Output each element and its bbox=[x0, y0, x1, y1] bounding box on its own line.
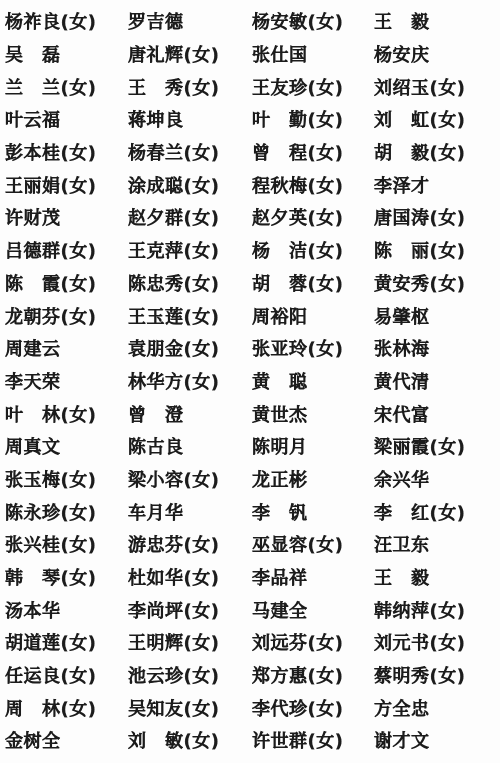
name-cell: 叶 林(女) bbox=[5, 397, 128, 430]
name-cell: 王 秀(女) bbox=[128, 70, 252, 103]
name-cell: 袁朋金(女) bbox=[128, 332, 252, 365]
name-cell: 蒋坤良 bbox=[128, 103, 252, 136]
name-cell: 谢才文 bbox=[374, 724, 499, 757]
name-cell: 韩纳萍(女) bbox=[374, 593, 499, 626]
name-cell: 叶云福 bbox=[5, 103, 128, 136]
name-cell: 罗吉德 bbox=[128, 5, 252, 38]
name-cell: 曾 程(女) bbox=[252, 136, 374, 169]
name-cell: 蔡明秀(女) bbox=[374, 659, 499, 692]
name-roster: 杨祚良(女)罗吉德杨安敏(女)王 毅吴 磊唐礼辉(女)张仕国杨安庆兰 兰(女)王… bbox=[0, 0, 500, 757]
name-cell: 刘 敏(女) bbox=[128, 724, 252, 757]
name-cell: 王 毅 bbox=[374, 5, 499, 38]
name-cell: 汤本华 bbox=[5, 593, 128, 626]
name-cell: 黄代清 bbox=[374, 365, 499, 398]
name-cell: 游忠芬(女) bbox=[128, 528, 252, 561]
name-cell: 杨 洁(女) bbox=[252, 234, 374, 267]
name-cell: 彭本桂(女) bbox=[5, 136, 128, 169]
name-cell: 吕德群(女) bbox=[5, 234, 128, 267]
name-cell: 陈古良 bbox=[128, 430, 252, 463]
name-cell: 任运良(女) bbox=[5, 659, 128, 692]
name-cell: 车月华 bbox=[128, 495, 252, 528]
name-cell: 李 红(女) bbox=[374, 495, 499, 528]
name-cell: 张兴桂(女) bbox=[5, 528, 128, 561]
name-cell: 巫显容(女) bbox=[252, 528, 374, 561]
name-cell: 汪卫东 bbox=[374, 528, 499, 561]
name-cell: 叶 勤(女) bbox=[252, 103, 374, 136]
name-cell: 杜如华(女) bbox=[128, 561, 252, 594]
name-cell: 王友珍(女) bbox=[252, 70, 374, 103]
name-cell: 张林海 bbox=[374, 332, 499, 365]
name-cell: 曾 澄 bbox=[128, 397, 252, 430]
name-cell: 周建云 bbox=[5, 332, 128, 365]
name-cell: 胡道莲(女) bbox=[5, 626, 128, 659]
name-cell: 黄世杰 bbox=[252, 397, 374, 430]
name-cell: 吴 磊 bbox=[5, 38, 128, 71]
name-cell: 郑方惠(女) bbox=[252, 659, 374, 692]
name-cell: 杨春兰(女) bbox=[128, 136, 252, 169]
name-cell: 李代珍(女) bbox=[252, 691, 374, 724]
name-cell: 刘 虹(女) bbox=[374, 103, 499, 136]
name-cell: 易肇枢 bbox=[374, 299, 499, 332]
name-cell: 刘元书(女) bbox=[374, 626, 499, 659]
name-cell: 胡 毅(女) bbox=[374, 136, 499, 169]
name-cell: 程秋梅(女) bbox=[252, 168, 374, 201]
name-cell: 许世群(女) bbox=[252, 724, 374, 757]
name-cell: 黄 聪 bbox=[252, 365, 374, 398]
scanned-document-page: 杨祚良(女)罗吉德杨安敏(女)王 毅吴 磊唐礼辉(女)张仕国杨安庆兰 兰(女)王… bbox=[0, 0, 500, 763]
name-cell: 王克萍(女) bbox=[128, 234, 252, 267]
name-cell: 池云珍(女) bbox=[128, 659, 252, 692]
name-cell: 杨安敏(女) bbox=[252, 5, 374, 38]
name-cell: 陈 丽(女) bbox=[374, 234, 499, 267]
name-cell: 赵夕群(女) bbox=[128, 201, 252, 234]
name-cell: 赵夕英(女) bbox=[252, 201, 374, 234]
name-cell: 杨安庆 bbox=[374, 38, 499, 71]
name-cell: 余兴华 bbox=[374, 463, 499, 496]
name-cell: 张玉梅(女) bbox=[5, 463, 128, 496]
name-cell: 杨祚良(女) bbox=[5, 5, 128, 38]
name-cell: 陈永珍(女) bbox=[5, 495, 128, 528]
name-cell: 陈忠秀(女) bbox=[128, 267, 252, 300]
name-cell: 周裕阳 bbox=[252, 299, 374, 332]
name-cell: 龙正彬 bbox=[252, 463, 374, 496]
name-cell: 刘绍玉(女) bbox=[374, 70, 499, 103]
name-cell: 唐礼辉(女) bbox=[128, 38, 252, 71]
name-cell: 龙朝芬(女) bbox=[5, 299, 128, 332]
name-cell: 李泽才 bbox=[374, 168, 499, 201]
name-cell: 李 钒 bbox=[252, 495, 374, 528]
name-cell: 王玉莲(女) bbox=[128, 299, 252, 332]
name-cell: 周真文 bbox=[5, 430, 128, 463]
name-cell: 王 毅 bbox=[374, 561, 499, 594]
name-cell: 刘远芬(女) bbox=[252, 626, 374, 659]
name-cell: 唐国涛(女) bbox=[374, 201, 499, 234]
name-cell: 宋代富 bbox=[374, 397, 499, 430]
name-cell: 涂成聪(女) bbox=[128, 168, 252, 201]
name-cell: 王明辉(女) bbox=[128, 626, 252, 659]
name-cell: 韩 琴(女) bbox=[5, 561, 128, 594]
name-cell: 陈 霞(女) bbox=[5, 267, 128, 300]
name-cell: 李尚坪(女) bbox=[128, 593, 252, 626]
name-cell: 王丽娟(女) bbox=[5, 168, 128, 201]
name-cell: 李天荣 bbox=[5, 365, 128, 398]
name-cell: 林华方(女) bbox=[128, 365, 252, 398]
name-cell: 梁丽霞(女) bbox=[374, 430, 499, 463]
name-cell: 马建全 bbox=[252, 593, 374, 626]
name-cell: 李品祥 bbox=[252, 561, 374, 594]
name-cell: 张亚玲(女) bbox=[252, 332, 374, 365]
name-cell: 周 林(女) bbox=[5, 691, 128, 724]
name-cell: 金树全 bbox=[5, 724, 128, 757]
name-cell: 吴知友(女) bbox=[128, 691, 252, 724]
name-cell: 胡 蓉(女) bbox=[252, 267, 374, 300]
name-cell: 兰 兰(女) bbox=[5, 70, 128, 103]
name-cell: 许财茂 bbox=[5, 201, 128, 234]
name-cell: 张仕国 bbox=[252, 38, 374, 71]
name-cell: 方全忠 bbox=[374, 691, 499, 724]
name-cell: 黄安秀(女) bbox=[374, 267, 499, 300]
name-cell: 梁小容(女) bbox=[128, 463, 252, 496]
name-cell: 陈明月 bbox=[252, 430, 374, 463]
